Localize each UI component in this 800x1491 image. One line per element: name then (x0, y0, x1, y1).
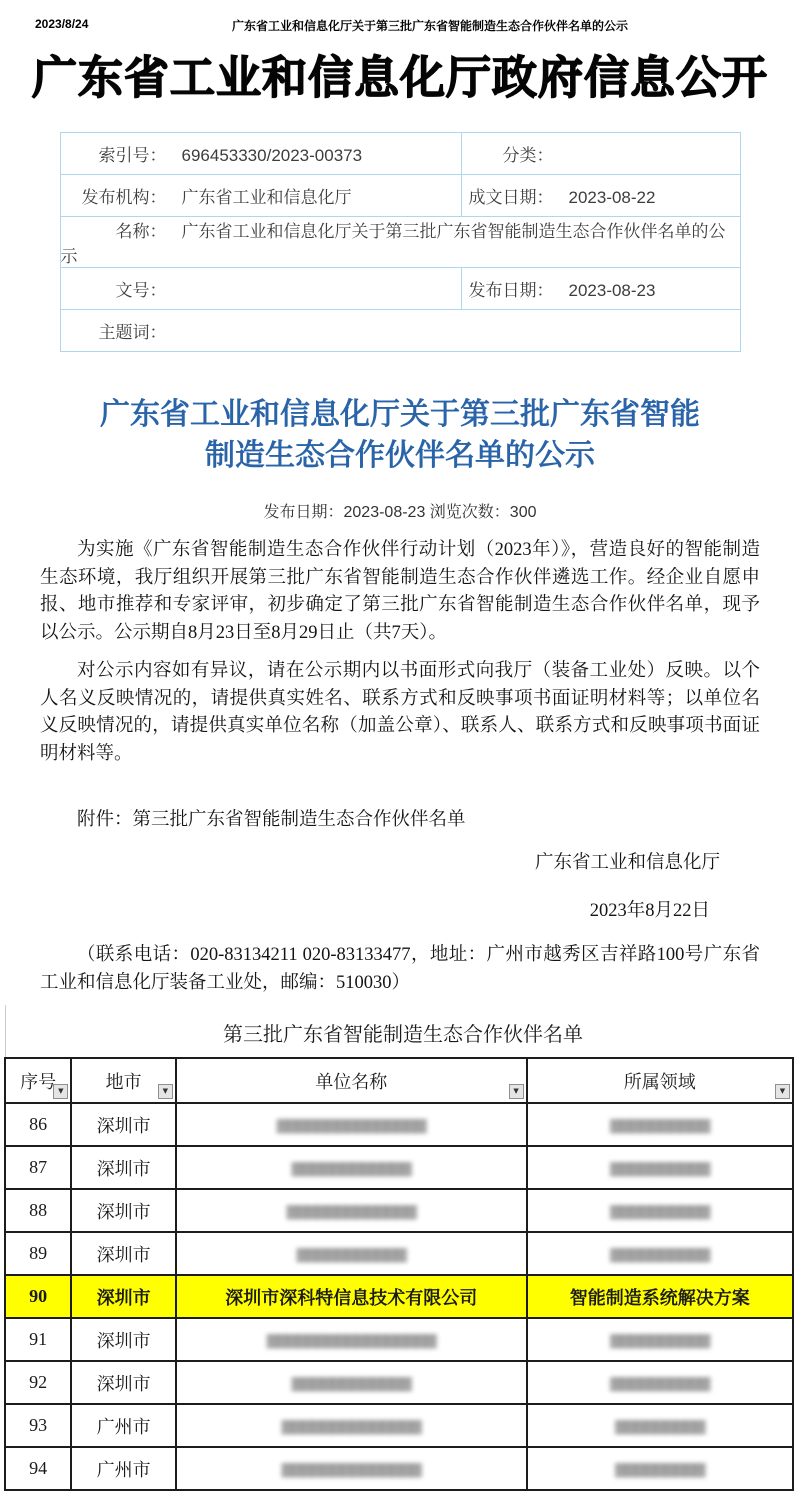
meta-cell-keywords: 主题词： (60, 310, 740, 352)
meta-cell-category: 分类： (461, 133, 740, 175)
cell-serial-no: 91 (5, 1318, 71, 1361)
filter-dropdown-icon[interactable]: ▼ (53, 1084, 68, 1099)
filter-dropdown-icon[interactable]: ▼ (158, 1084, 173, 1099)
cell-serial-no: 86 (5, 1103, 71, 1146)
partner-list-section: 第三批广东省智能制造生态合作伙伴名单 序号 ▼ 地市 ▼ 单位名称 ▼ (5, 1005, 800, 1491)
cell-field: 智能制造系统解决方案 (527, 1275, 793, 1318)
cell-company-name: 深圳市深科特信息技术有限公司 (176, 1275, 527, 1318)
table-row: 92 深圳市 ▓▓▓▓▓▓▓▓▓▓▓▓ ▓▓▓▓▓▓▓▓▓▓ (5, 1361, 793, 1404)
col-header-field: 所属领域 ▼ (527, 1058, 793, 1103)
meta-row-keywords: 主题词： (60, 310, 740, 352)
redacted-company-text: ▓▓▓▓▓▓▓▓▓▓▓ (297, 1248, 406, 1262)
table-row: 91 深圳市 ▓▓▓▓▓▓▓▓▓▓▓▓▓▓▓▓▓ ▓▓▓▓▓▓▓▓▓▓ (5, 1318, 793, 1361)
cell-field: ▓▓▓▓▓▓▓▓▓ (527, 1447, 793, 1490)
cell-serial-no: 89 (5, 1232, 71, 1275)
meta-doc-no-label: 文号： (61, 276, 167, 301)
cell-city: 深圳市 (71, 1361, 176, 1404)
col-header-company-label: 单位名称 (315, 1072, 387, 1092)
redacted-field-text: ▓▓▓▓▓▓▓▓▓ (615, 1463, 704, 1477)
col-header-company: 单位名称 ▼ (176, 1058, 527, 1103)
cell-serial-no: 93 (5, 1404, 71, 1447)
meta-row-index: 索引号：696453330/2023-00373 分类： (60, 133, 740, 175)
meta-info-table: 索引号：696453330/2023-00373 分类： 发布机构：广东省工业和… (60, 132, 741, 352)
partner-list-body: 86 深圳市 ▓▓▓▓▓▓▓▓▓▓▓▓▓▓▓ ▓▓▓▓▓▓▓▓▓▓ 87 深圳市… (5, 1103, 793, 1490)
col-header-no-label: 序号 (20, 1072, 56, 1092)
meta-category-label: 分类： (462, 141, 554, 166)
meta-row-agency: 发布机构：广东省工业和信息化厅 成文日期：2023-08-22 (60, 175, 740, 217)
cell-company-name: ▓▓▓▓▓▓▓▓▓▓▓▓▓▓▓▓▓ (176, 1318, 527, 1361)
meta-agency-value: 广东省工业和信息化厅 (182, 188, 352, 207)
redacted-field-text: ▓▓▓▓▓▓▓▓▓ (615, 1420, 704, 1434)
cell-company-name: ▓▓▓▓▓▓▓▓▓▓▓▓▓▓ (176, 1404, 527, 1447)
cell-company-name: ▓▓▓▓▓▓▓▓▓▓▓▓▓▓ (176, 1447, 527, 1490)
filter-dropdown-icon[interactable]: ▼ (509, 1084, 524, 1099)
redacted-company-text: ▓▓▓▓▓▓▓▓▓▓▓▓▓▓ (282, 1420, 421, 1434)
meta-row-name: 名称：广东省工业和信息化厅关于第三批广东省智能制造生态合作伙伴名单的公示 (60, 217, 740, 268)
meta-cell-agency: 发布机构：广东省工业和信息化厅 (60, 175, 461, 217)
redacted-field-text: ▓▓▓▓▓▓▓▓▓▓ (610, 1334, 709, 1348)
meta-agency-label: 发布机构： (61, 183, 167, 208)
cell-serial-no: 88 (5, 1189, 71, 1232)
redacted-company-text: ▓▓▓▓▓▓▓▓▓▓▓▓▓▓ (282, 1463, 421, 1477)
redacted-field-text: ▓▓▓▓▓▓▓▓▓▓ (610, 1248, 709, 1262)
print-header-title: 广东省工业和信息化厅关于第三批广东省智能制造生态合作伙伴名单的公示 (0, 17, 800, 34)
meta-name-label: 名称： (61, 217, 167, 242)
redacted-field-text: ▓▓▓▓▓▓▓▓▓▓ (610, 1162, 709, 1176)
publish-views-line: 发布日期：2023-08-23 浏览次数：300 (0, 499, 800, 522)
cell-city: 广州市 (71, 1447, 176, 1490)
cell-field: ▓▓▓▓▓▓▓▓▓▓ (527, 1103, 793, 1146)
paragraph-2: 对公示内容如有异议，请在公示期内以书面形式向我厅（装备工业处）反映。以个人名义反… (40, 658, 760, 768)
cell-field: ▓▓▓▓▓▓▓▓▓▓ (527, 1361, 793, 1404)
redacted-company-text: ▓▓▓▓▓▓▓▓▓▓▓▓▓▓▓▓▓ (267, 1334, 436, 1348)
signature-date: 2023年8月22日 (0, 896, 710, 922)
cell-city: 深圳市 (71, 1146, 176, 1189)
redacted-company-text: ▓▓▓▓▓▓▓▓▓▓▓▓▓▓▓ (277, 1119, 426, 1133)
cell-field: ▓▓▓▓▓▓▓▓▓ (527, 1404, 793, 1447)
print-header: 2023/8/24 广东省工业和信息化厅关于第三批广东省智能制造生态合作伙伴名单… (0, 0, 800, 35)
meta-cell-index: 索引号：696453330/2023-00373 (60, 133, 461, 175)
meta-doc-date-label: 成文日期： (462, 183, 554, 208)
article-title-line1: 广东省工业和信息化厅关于第三批广东省智能 (80, 394, 720, 435)
article-title: 广东省工业和信息化厅关于第三批广东省智能 制造生态合作伙伴名单的公示 (80, 394, 720, 476)
article-body: 为实施《广东省智能制造生态合作伙伴行动计划（2023年）》，营造良好的智能制造生… (40, 537, 760, 768)
col-header-no: 序号 ▼ (5, 1058, 71, 1103)
meta-index-label: 索引号： (61, 141, 167, 166)
contact-info: （联系电话：020-83134211 020-83133477，地址：广州市越秀… (40, 941, 760, 997)
partner-list-title: 第三批广东省智能制造生态合作伙伴名单 (6, 1005, 800, 1057)
table-row: 86 深圳市 ▓▓▓▓▓▓▓▓▓▓▓▓▓▓▓ ▓▓▓▓▓▓▓▓▓▓ (5, 1103, 793, 1146)
redacted-company-text: ▓▓▓▓▓▓▓▓▓▓▓▓ (292, 1377, 411, 1391)
cell-serial-no: 90 (5, 1275, 71, 1318)
cell-company-name: ▓▓▓▓▓▓▓▓▓▓▓▓▓ (176, 1189, 527, 1232)
cell-city: 广州市 (71, 1404, 176, 1447)
partner-list-header-row: 序号 ▼ 地市 ▼ 单位名称 ▼ 所属领域 ▼ (5, 1058, 793, 1103)
col-header-city: 地市 ▼ (71, 1058, 176, 1103)
meta-cell-doc-no: 文号： (60, 268, 461, 310)
meta-pub-date-value: 2023-08-23 (569, 281, 656, 300)
article-title-line2: 制造生态合作伙伴名单的公示 (80, 435, 720, 476)
cell-field: ▓▓▓▓▓▓▓▓▓▓ (527, 1146, 793, 1189)
cell-city: 深圳市 (71, 1275, 176, 1318)
signature-agency: 广东省工业和信息化厅 (0, 848, 720, 874)
redacted-field-text: ▓▓▓▓▓▓▓▓▓▓ (610, 1119, 709, 1133)
meta-index-value: 696453330/2023-00373 (182, 146, 363, 165)
table-row-highlighted: 90 深圳市 深圳市深科特信息技术有限公司 智能制造系统解决方案 (5, 1275, 793, 1318)
cell-company-name: ▓▓▓▓▓▓▓▓▓▓▓▓▓▓▓ (176, 1103, 527, 1146)
filter-dropdown-icon[interactable]: ▼ (775, 1084, 790, 1099)
cell-city: 深圳市 (71, 1232, 176, 1275)
cell-city: 深圳市 (71, 1103, 176, 1146)
cell-serial-no: 87 (5, 1146, 71, 1189)
table-row: 88 深圳市 ▓▓▓▓▓▓▓▓▓▓▓▓▓ ▓▓▓▓▓▓▓▓▓▓ (5, 1189, 793, 1232)
cell-city: 深圳市 (71, 1189, 176, 1232)
print-date: 2023/8/24 (35, 17, 88, 31)
cell-field: ▓▓▓▓▓▓▓▓▓▓ (527, 1232, 793, 1275)
cell-company-name: ▓▓▓▓▓▓▓▓▓▓▓ (176, 1232, 527, 1275)
meta-cell-doc-date: 成文日期：2023-08-22 (461, 175, 740, 217)
table-row: 89 深圳市 ▓▓▓▓▓▓▓▓▓▓▓ ▓▓▓▓▓▓▓▓▓▓ (5, 1232, 793, 1275)
col-header-field-label: 所属领域 (624, 1072, 696, 1092)
meta-row-doc-no: 文号： 发布日期：2023-08-23 (60, 268, 740, 310)
cell-company-name: ▓▓▓▓▓▓▓▓▓▓▓▓ (176, 1361, 527, 1404)
site-banner-title: 广东省工业和信息化厅政府信息公开 (0, 41, 800, 106)
redacted-field-text: ▓▓▓▓▓▓▓▓▓▓ (610, 1377, 709, 1391)
redacted-field-text: ▓▓▓▓▓▓▓▓▓▓ (610, 1205, 709, 1219)
redacted-company-text: ▓▓▓▓▓▓▓▓▓▓▓▓▓ (287, 1205, 416, 1219)
table-row: 87 深圳市 ▓▓▓▓▓▓▓▓▓▓▓▓ ▓▓▓▓▓▓▓▓▓▓ (5, 1146, 793, 1189)
meta-cell-pub-date: 发布日期：2023-08-23 (461, 268, 740, 310)
cell-serial-no: 92 (5, 1361, 71, 1404)
table-row: 93 广州市 ▓▓▓▓▓▓▓▓▓▓▓▓▓▓ ▓▓▓▓▓▓▓▓▓ (5, 1404, 793, 1447)
meta-keywords-label: 主题词： (61, 318, 167, 343)
cell-company-name: ▓▓▓▓▓▓▓▓▓▓▓▓ (176, 1146, 527, 1189)
meta-cell-name: 名称：广东省工业和信息化厅关于第三批广东省智能制造生态合作伙伴名单的公示 (60, 217, 740, 268)
attachment-line: 附件：第三批广东省智能制造生态合作伙伴名单 (40, 805, 760, 831)
meta-pub-date-label: 发布日期： (462, 276, 554, 301)
table-row: 94 广州市 ▓▓▓▓▓▓▓▓▓▓▓▓▓▓ ▓▓▓▓▓▓▓▓▓ (5, 1447, 793, 1490)
meta-doc-date-value: 2023-08-22 (569, 188, 656, 207)
partner-list-table: 序号 ▼ 地市 ▼ 单位名称 ▼ 所属领域 ▼ (4, 1057, 794, 1491)
cell-city: 深圳市 (71, 1318, 176, 1361)
cell-field: ▓▓▓▓▓▓▓▓▓▓ (527, 1318, 793, 1361)
paragraph-1: 为实施《广东省智能制造生态合作伙伴行动计划（2023年）》，营造良好的智能制造生… (40, 537, 760, 647)
cell-field: ▓▓▓▓▓▓▓▓▓▓ (527, 1189, 793, 1232)
government-notice-page: 2023/8/24 广东省工业和信息化厅关于第三批广东省智能制造生态合作伙伴名单… (0, 0, 800, 1491)
cell-serial-no: 94 (5, 1447, 71, 1490)
col-header-city-label: 地市 (106, 1072, 142, 1092)
redacted-company-text: ▓▓▓▓▓▓▓▓▓▓▓▓ (292, 1162, 411, 1176)
